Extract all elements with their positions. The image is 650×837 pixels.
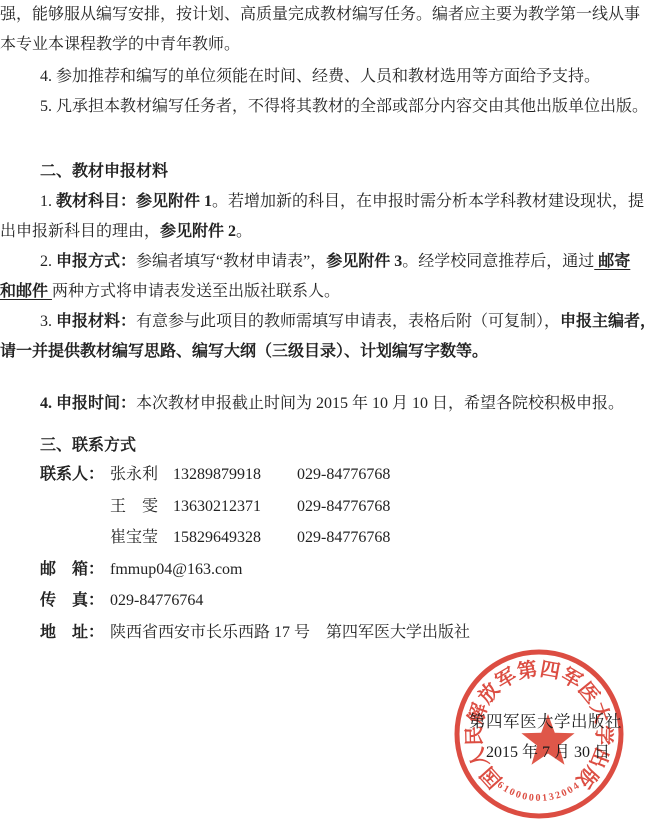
signature-date: 2015 年 7 月 30 日	[486, 739, 610, 762]
text-run: 三、联系方式	[40, 437, 136, 454]
text-run: 二、教材申报材料	[40, 163, 168, 180]
text-run: 4. 参加推荐和编写的单位须能在时间、经费、人员和教材选用等方面给予支持。	[40, 68, 600, 85]
item-materials-line-2: 请一并提供教材编写思路、编写大纲（三级目录）、计划编写字数等。	[0, 337, 650, 367]
text-run: 4. 申报时间：	[40, 395, 136, 412]
text-run: 请一并提供教材编写思路、编写大纲（三级目录）、计划编写字数等。	[0, 343, 488, 360]
item-subjects-line-2: 出申报新科目的理由，参见附件 2。	[0, 217, 650, 247]
contact-row-2: 王 雯 13630212371 029-84776768	[0, 491, 650, 523]
contact-row-1: 联系人： 张永利 13289879918 029-84776768	[0, 459, 650, 491]
text-run: 参见附件 2	[160, 223, 236, 240]
email-row: 邮 箱： fmmup04@163.com	[0, 554, 650, 586]
text-run: 1.	[40, 193, 56, 210]
contact-row-3: 崔宝莹 15829649328 029-84776768	[0, 522, 650, 554]
fax-value: 029-84776764	[110, 585, 203, 617]
item-deadline: 4. 申报时间：本次教材申报截止时间为 2015 年 10 月 10 日，希望各…	[0, 389, 650, 419]
text-run: 3.	[40, 313, 56, 330]
email-value: fmmup04@163.com	[110, 554, 243, 586]
text-run: 。	[236, 223, 252, 240]
text-run: 教材科目：参见附件 1	[56, 193, 212, 210]
signature-organization: 第四军医大学出版社	[469, 708, 622, 732]
text-run: 本专业本课程教学的中青年教师。	[0, 36, 240, 53]
contact-office: 029-84776768	[297, 491, 390, 523]
address-value: 陕西省西安市长乐西路 17 号 第四军医大学出版社	[110, 617, 470, 649]
text-run: 申报方式：	[56, 253, 136, 270]
text-run: 申报主编者，	[560, 313, 650, 330]
text-run: 申报材料：	[56, 313, 136, 330]
item-unit-support: 4. 参加推荐和编写的单位须能在时间、经费、人员和教材选用等方面给予支持。	[0, 62, 650, 92]
address-label: 地 址：	[40, 617, 104, 649]
text-run: 本次教材申报截止时间为 2015 年 10 月 10 日，希望各院校积极申报。	[136, 395, 624, 412]
section-3-heading: 三、联系方式	[0, 431, 650, 461]
contact-office: 029-84776768	[297, 522, 390, 554]
text-run: 。若增加新的科目，在申报时需分析本学科教材建设现状，提	[212, 193, 644, 210]
text-run: 出申报新科目的理由，	[0, 223, 160, 240]
text-run: 和邮件	[0, 283, 52, 300]
contact-name: 崔宝莹	[110, 522, 158, 554]
section-2-heading: 二、教材申报材料	[0, 157, 650, 187]
item-no-other-publisher: 5. 凡承担本教材编写任务者，不得将其教材的全部或部分内容交由其他出版单位出版。	[0, 92, 650, 122]
text-run: 参见附件 3	[326, 253, 402, 270]
contact-mobile: 13289879918	[173, 459, 261, 491]
text-run: 有意参与此项目的教师需填写申请表，表格后附（可复制），	[136, 313, 560, 330]
seal-code: 6100000132004	[495, 780, 583, 804]
contact-mobile: 13630212371	[173, 491, 261, 523]
contact-name: 王 雯	[110, 491, 158, 523]
contact-name: 张永利	[110, 459, 158, 491]
fax-row: 传 真： 029-84776764	[0, 585, 650, 617]
intro-line-1: 强，能够服从编写安排，按计划、高质量完成教材编写任务。编者应主要为教学第一线从事	[0, 0, 650, 30]
text-run: 强，能够服从编写安排，按计划、高质量完成教材编写任务。编者应主要为教学第一线从事	[0, 6, 640, 23]
contact-section: 联系人： 张永利 13289879918 029-84776768 王 雯 13…	[0, 459, 650, 648]
text-run: 邮寄	[594, 253, 630, 270]
fax-label: 传 真：	[40, 585, 104, 617]
text-run: 参编者填写“教材申请表”，	[136, 253, 326, 270]
text-run: 2.	[40, 253, 56, 270]
text-run: 。经学校同意推荐后，通过	[402, 253, 594, 270]
contact-mobile: 15829649328	[173, 522, 261, 554]
item-method-line-2: 和邮件 两种方式将申请表发送至出版社联系人。	[0, 277, 650, 307]
email-label: 邮 箱：	[40, 554, 104, 586]
text-run: 5. 凡承担本教材编写任务者，不得将其教材的全部或部分内容交由其他出版单位出版。	[40, 98, 648, 115]
item-subjects-line-1: 1. 教材科目：参见附件 1。若增加新的科目，在申报时需分析本学科教材建设现状，…	[0, 187, 650, 217]
item-method-line-1: 2. 申报方式：参编者填写“教材申请表”，参见附件 3。经学校同意推荐后，通过 …	[0, 247, 650, 277]
document-page: 强，能够服从编写安排，按计划、高质量完成教材编写任务。编者应主要为教学第一线从事…	[0, 0, 650, 837]
contact-office: 029-84776768	[297, 459, 390, 491]
item-materials-line-1: 3. 申报材料：有意参与此项目的教师需填写申请表，表格后附（可复制），申报主编者…	[0, 307, 650, 337]
text-run: 两种方式将申请表发送至出版社联系人。	[52, 283, 340, 300]
intro-line-2: 本专业本课程教学的中青年教师。	[0, 30, 650, 60]
contact-label: 联系人：	[40, 459, 104, 491]
